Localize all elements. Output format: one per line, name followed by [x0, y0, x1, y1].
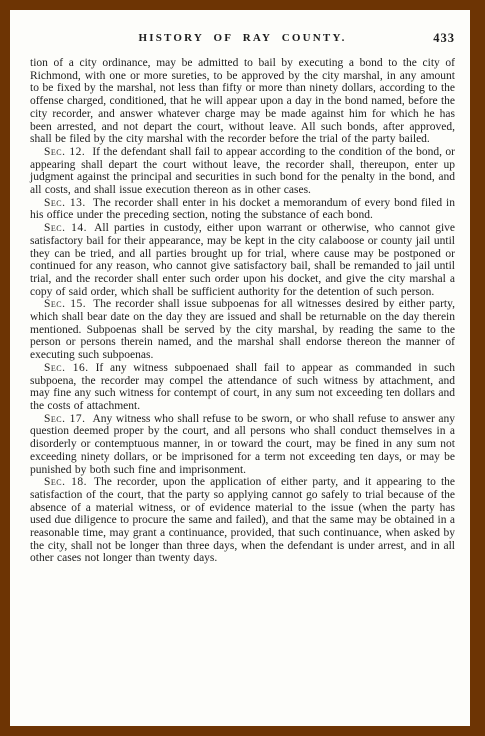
paragraph-sec-14: Sec. 14.All parties in custody, either u…: [30, 222, 455, 298]
book-page-frame: HISTORY OF RAY COUNTY. 433 tion of a cit…: [0, 0, 485, 736]
paragraph-text: All parties in custody, either upon warr…: [30, 222, 455, 298]
section-label: Sec. 17.: [44, 413, 85, 425]
section-label: Sec. 13.: [44, 197, 86, 209]
section-label: Sec. 12.: [44, 146, 85, 158]
section-label: Sec. 18.: [44, 476, 87, 488]
paragraph-sec-18: Sec. 18.The recorder, upon the applicati…: [30, 476, 455, 565]
paragraph-text: The recorder shall issue subpoenas for a…: [30, 298, 455, 361]
page-number: 433: [433, 31, 455, 46]
paragraph-continuation: tion of a city ordinance, may be admitte…: [30, 57, 455, 146]
paragraph-sec-15: Sec. 15.The recorder shall issue subpoen…: [30, 298, 455, 362]
paragraph-sec-13: Sec. 13.The recorder shall enter in his …: [30, 197, 455, 222]
paragraph-sec-12: Sec. 12.If the defendant shall fail to a…: [30, 146, 455, 197]
page-header: HISTORY OF RAY COUNTY. 433: [30, 32, 455, 44]
section-label: Sec. 14.: [44, 222, 87, 234]
paragraph-text: If any witness subpoenaed shall fail to …: [30, 362, 455, 412]
paragraph-sec-17: Sec. 17.Any witness who shall refuse to …: [30, 413, 455, 477]
paragraph-text: Any witness who shall refuse to be sworn…: [30, 413, 455, 476]
paragraph-sec-16: Sec. 16.If any witness subpoenaed shall …: [30, 362, 455, 413]
paragraph-text: If the defendant shall fail to appear ac…: [30, 146, 455, 196]
section-label: Sec. 15.: [44, 298, 86, 310]
paragraph-text: The recorder shall enter in his docket a…: [30, 197, 455, 222]
running-title: HISTORY OF RAY COUNTY.: [138, 32, 346, 44]
section-label: Sec. 16.: [44, 362, 89, 374]
paragraph-text: tion of a city ordinance, may be admitte…: [30, 57, 455, 145]
page-body: tion of a city ordinance, may be admitte…: [30, 57, 455, 565]
book-page: HISTORY OF RAY COUNTY. 433 tion of a cit…: [10, 10, 470, 726]
paragraph-text: The recorder, upon the application of ei…: [30, 476, 455, 564]
